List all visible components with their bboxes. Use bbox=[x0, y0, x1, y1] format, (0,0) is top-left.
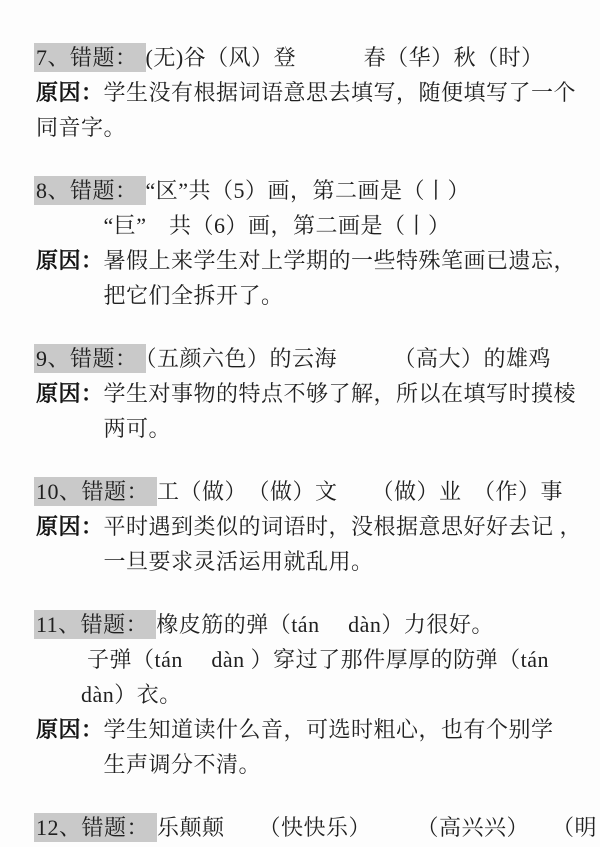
reason-line-continued: 一旦要求灵活运用就乱用。 bbox=[36, 544, 572, 579]
reason-line: 原因：学生没有根据词语意思去填写，随便填写了一个 bbox=[36, 75, 572, 110]
reason-label: 原因： bbox=[36, 381, 104, 406]
error-text: 橡皮筋的弹（tán dàn）力很好。 bbox=[156, 612, 494, 637]
error-item-12: 12、错题：乐颠颠 （快快乐） （高兴兴） （明 bbox=[36, 810, 572, 845]
error-line: 12、错题：乐颠颠 （快快乐） （高兴兴） （明 bbox=[36, 810, 572, 845]
reason-text: 学生没有根据词语意思去填写，随便填写了一个 bbox=[104, 80, 577, 105]
error-item-lines: 11、错题：橡皮筋的弹（tán dàn）力很好。 子弹（tán dàn ）穿过了… bbox=[36, 607, 572, 782]
error-item-7: 7、错题：(无)谷（风）登 春（华）秋（时）原因：学生没有根据词语意思去填写，随… bbox=[36, 40, 572, 145]
reason-text: 平时遇到类似的词语时，没根据意思好好去记 ， bbox=[104, 514, 583, 539]
reason-line-continued: 同音字。 bbox=[36, 110, 572, 145]
reason-line: 原因：暑假上来学生对上学期的一些特殊笔画已遗忘， bbox=[36, 243, 572, 278]
error-line: 11、错题：橡皮筋的弹（tán dàn）力很好。 bbox=[36, 607, 572, 642]
reason-line-continued: 把它们全拆开了。 bbox=[36, 278, 572, 313]
document-page: 7、错题：(无)谷（风）登 春（华）秋（时）原因：学生没有根据词语意思去填写，随… bbox=[0, 0, 600, 847]
error-heading-highlight: 8、错题： bbox=[34, 176, 146, 205]
error-item-9: 9、错题：（五颜六色）的云海 （高大）的雄鸡原因：学生对事物的特点不够了解，所以… bbox=[36, 341, 572, 446]
reason-line: 原因：学生对事物的特点不够了解，所以在填写时摸棱 bbox=[36, 376, 572, 411]
error-line-continued: 子弹（tán dàn ）穿过了那件厚厚的防弹（tán bbox=[36, 642, 572, 677]
error-text: “区”共（5）画，第二画是（丨） bbox=[146, 178, 471, 203]
error-item-lines: 9、错题：（五颜六色）的云海 （高大）的雄鸡原因：学生对事物的特点不够了解，所以… bbox=[36, 341, 572, 446]
error-text: (无)谷（风）登 春（华）秋（时） bbox=[146, 45, 544, 70]
error-heading-highlight: 7、错题： bbox=[34, 43, 146, 72]
error-text: （五颜六色）的云海 （高大）的雄鸡 bbox=[146, 346, 552, 371]
error-line-continued: dàn）衣。 bbox=[36, 677, 572, 712]
error-item-lines: 12、错题：乐颠颠 （快快乐） （高兴兴） （明 bbox=[36, 810, 572, 845]
error-heading-highlight: 11、错题： bbox=[34, 610, 156, 639]
reason-label: 原因： bbox=[36, 248, 104, 273]
error-line: 10、错题：工（做） （做）文 （做）业 （作）事 bbox=[36, 474, 572, 509]
error-item-11: 11、错题：橡皮筋的弹（tán dàn）力很好。 子弹（tán dàn ）穿过了… bbox=[36, 607, 572, 782]
reason-label: 原因： bbox=[36, 717, 104, 742]
error-text: 乐颠颠 （快快乐） （高兴兴） （明 bbox=[157, 815, 597, 840]
error-line: 8、错题：“区”共（5）画，第二画是（丨） bbox=[36, 173, 572, 208]
reason-text: 学生对事物的特点不够了解，所以在填写时摸棱 bbox=[104, 381, 577, 406]
error-heading-highlight: 12、错题： bbox=[34, 813, 157, 842]
error-item-8: 8、错题：“区”共（5）画，第二画是（丨） “巨” 共（6）画，第二画是（丨）原… bbox=[36, 173, 572, 313]
reason-line-continued: 生声调分不清。 bbox=[36, 747, 572, 782]
reason-text: 学生知道读什么音，可选时粗心，也有个别学 bbox=[104, 717, 554, 742]
error-line: 9、错题：（五颜六色）的云海 （高大）的雄鸡 bbox=[36, 341, 572, 376]
error-item-lines: 7、错题：(无)谷（风）登 春（华）秋（时）原因：学生没有根据词语意思去填写，随… bbox=[36, 40, 572, 145]
error-line-continued: “巨” 共（6）画，第二画是（丨） bbox=[36, 208, 572, 243]
error-text: 工（做） （做）文 （做）业 （作）事 bbox=[157, 479, 563, 504]
reason-line: 原因：平时遇到类似的词语时，没根据意思好好去记 ， bbox=[36, 509, 572, 544]
reason-label: 原因： bbox=[36, 514, 104, 539]
error-item-lines: 8、错题：“区”共（5）画，第二画是（丨） “巨” 共（6）画，第二画是（丨）原… bbox=[36, 173, 572, 313]
error-item-10: 10、错题：工（做） （做）文 （做）业 （作）事原因：平时遇到类似的词语时，没… bbox=[36, 474, 572, 579]
error-heading-highlight: 10、错题： bbox=[34, 477, 157, 506]
reason-line-continued: 两可。 bbox=[36, 411, 572, 446]
reason-label: 原因： bbox=[36, 80, 104, 105]
error-heading-highlight: 9、错题： bbox=[34, 344, 146, 373]
reason-text: 暑假上来学生对上学期的一些特殊笔画已遗忘， bbox=[104, 248, 577, 273]
error-item-lines: 10、错题：工（做） （做）文 （做）业 （作）事原因：平时遇到类似的词语时，没… bbox=[36, 474, 572, 579]
error-line: 7、错题：(无)谷（风）登 春（华）秋（时） bbox=[36, 40, 572, 75]
reason-line: 原因：学生知道读什么音，可选时粗心，也有个别学 bbox=[36, 712, 572, 747]
